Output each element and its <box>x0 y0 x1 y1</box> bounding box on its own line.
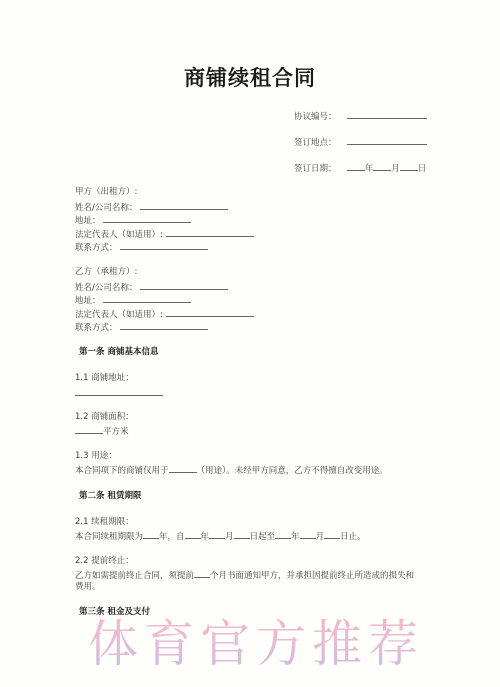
party-a-contact-field[interactable] <box>120 240 208 250</box>
party-b-name-row: 姓名/公司名称： <box>75 280 228 294</box>
end-month-field[interactable] <box>300 529 316 539</box>
usage-field[interactable] <box>169 463 197 473</box>
party-a-heading: 甲方（出租方）: <box>75 186 137 198</box>
party-a-name-row: 姓名/公司名称： <box>75 200 228 214</box>
party-b-legal-rep-label: 法定代表人（如适用）: <box>75 310 163 320</box>
clause-2-2-label: 2.2 提前终止： <box>75 555 134 567</box>
usage-text-before: 本合同项下的商铺仅用于 <box>75 466 169 476</box>
agreement-number-field[interactable] <box>347 109 427 119</box>
sign-month-field[interactable] <box>373 161 391 171</box>
term-years-field[interactable] <box>143 529 159 539</box>
party-b-legal-rep-field[interactable] <box>166 307 254 317</box>
year-label: 年 <box>365 164 374 174</box>
party-a-legal-rep-row: 法定代表人（如适用）: <box>75 227 254 241</box>
party-a-contact-label: 联系方式： <box>75 243 118 253</box>
party-b-contact-row: 联系方式： <box>75 320 208 334</box>
contract-page: 商铺续租合同 协议编号： 签订地点： 签订日期： 年月日 甲方（出租方）: 姓名… <box>0 0 500 687</box>
term-text-7: 月 <box>316 532 325 542</box>
clause-1-3-label: 1.3 用途： <box>75 450 117 462</box>
start-year-field[interactable] <box>185 529 201 539</box>
start-month-field[interactable] <box>209 529 225 539</box>
article-2-heading: 第二条 租赁期限 <box>79 490 141 502</box>
party-a-address-label: 地址： <box>75 216 101 226</box>
shop-area-field[interactable] <box>75 424 103 434</box>
agreement-number-row: 协议编号： <box>294 109 427 123</box>
term-text-1: 本合同续租期限为 <box>75 532 143 542</box>
party-b-address-label: 地址： <box>75 296 101 306</box>
clause-1-3-text: 本合同项下的商铺仅用于（用途）。未经甲方同意，乙方不得擅自改变用途。 <box>75 463 388 477</box>
term-text-6: 年 <box>291 532 300 542</box>
clause-2-2-text-cont: 费用。 <box>75 581 101 593</box>
clause-1-1-field-row <box>75 386 163 400</box>
party-b-heading: 乙方（承租方）: <box>75 266 137 278</box>
watermark-text: 体育官方推荐 <box>88 614 418 674</box>
party-b-name-field[interactable] <box>140 280 228 290</box>
party-b-contact-field[interactable] <box>120 320 208 330</box>
party-a-legal-rep-field[interactable] <box>166 227 254 237</box>
article-1-heading: 第一条 商铺基本信息 <box>79 346 158 358</box>
clause-1-2-field-row: 平方米 <box>75 424 129 438</box>
term-text-3: 年 <box>201 532 210 542</box>
sign-date-row: 签订日期： 年月日 <box>294 161 426 175</box>
start-day-field[interactable] <box>234 529 250 539</box>
day-label: 日 <box>418 164 427 174</box>
term-text-5: 日起至 <box>250 532 276 542</box>
end-year-field[interactable] <box>275 529 291 539</box>
sign-year-field[interactable] <box>347 161 365 171</box>
area-unit: 平方米 <box>103 427 129 437</box>
party-a-legal-rep-label: 法定代表人（如适用）: <box>75 230 163 240</box>
clause-2-2-text: 乙方如需提前终止合同，须提前个月书面通知甲方，并承担因提前终止所造成的损失和 <box>75 568 414 582</box>
termination-text-2: 个月书面通知甲方，并承担因提前终止所造成的损失和 <box>210 571 414 581</box>
sign-place-row: 签订地点： <box>294 135 427 149</box>
agreement-number-label: 协议编号： <box>294 111 344 123</box>
sign-place-field[interactable] <box>347 135 427 145</box>
clause-2-1-label: 2.1 续租期限： <box>75 516 134 528</box>
usage-text-after: （用途）。未经甲方同意，乙方不得擅自改变用途。 <box>197 466 388 476</box>
party-b-address-field[interactable] <box>103 293 191 303</box>
party-b-name-label: 姓名/公司名称： <box>75 283 137 293</box>
sign-place-label: 签订地点： <box>294 137 344 149</box>
party-a-name-label: 姓名/公司名称： <box>75 203 137 213</box>
clause-2-1-text: 本合同续租期限为年，自年月日起至年月日止。 <box>75 529 366 543</box>
party-b-address-row: 地址： <box>75 293 191 307</box>
party-b-legal-rep-row: 法定代表人（如适用）: <box>75 307 254 321</box>
shop-address-field[interactable] <box>75 386 163 396</box>
party-a-address-field[interactable] <box>103 213 191 223</box>
clause-1-2-label: 1.2 商铺面积： <box>75 411 134 423</box>
party-a-name-field[interactable] <box>140 200 228 210</box>
party-b-contact-label: 联系方式： <box>75 323 118 333</box>
notice-months-field[interactable] <box>194 568 210 578</box>
termination-text-1: 乙方如需提前终止合同，须提前 <box>75 571 194 581</box>
sign-day-field[interactable] <box>400 161 418 171</box>
end-day-field[interactable] <box>324 529 340 539</box>
term-text-2: 年，自 <box>159 532 185 542</box>
party-a-address-row: 地址： <box>75 213 191 227</box>
term-text-4: 月 <box>225 532 234 542</box>
clause-1-1-label: 1.1 商铺地址： <box>75 372 134 384</box>
month-label: 月 <box>391 164 400 174</box>
term-text-8: 日止。 <box>340 532 366 542</box>
document-title: 商铺续租合同 <box>0 62 500 92</box>
party-a-contact-row: 联系方式： <box>75 240 208 254</box>
sign-date-label: 签订日期： <box>294 163 344 175</box>
